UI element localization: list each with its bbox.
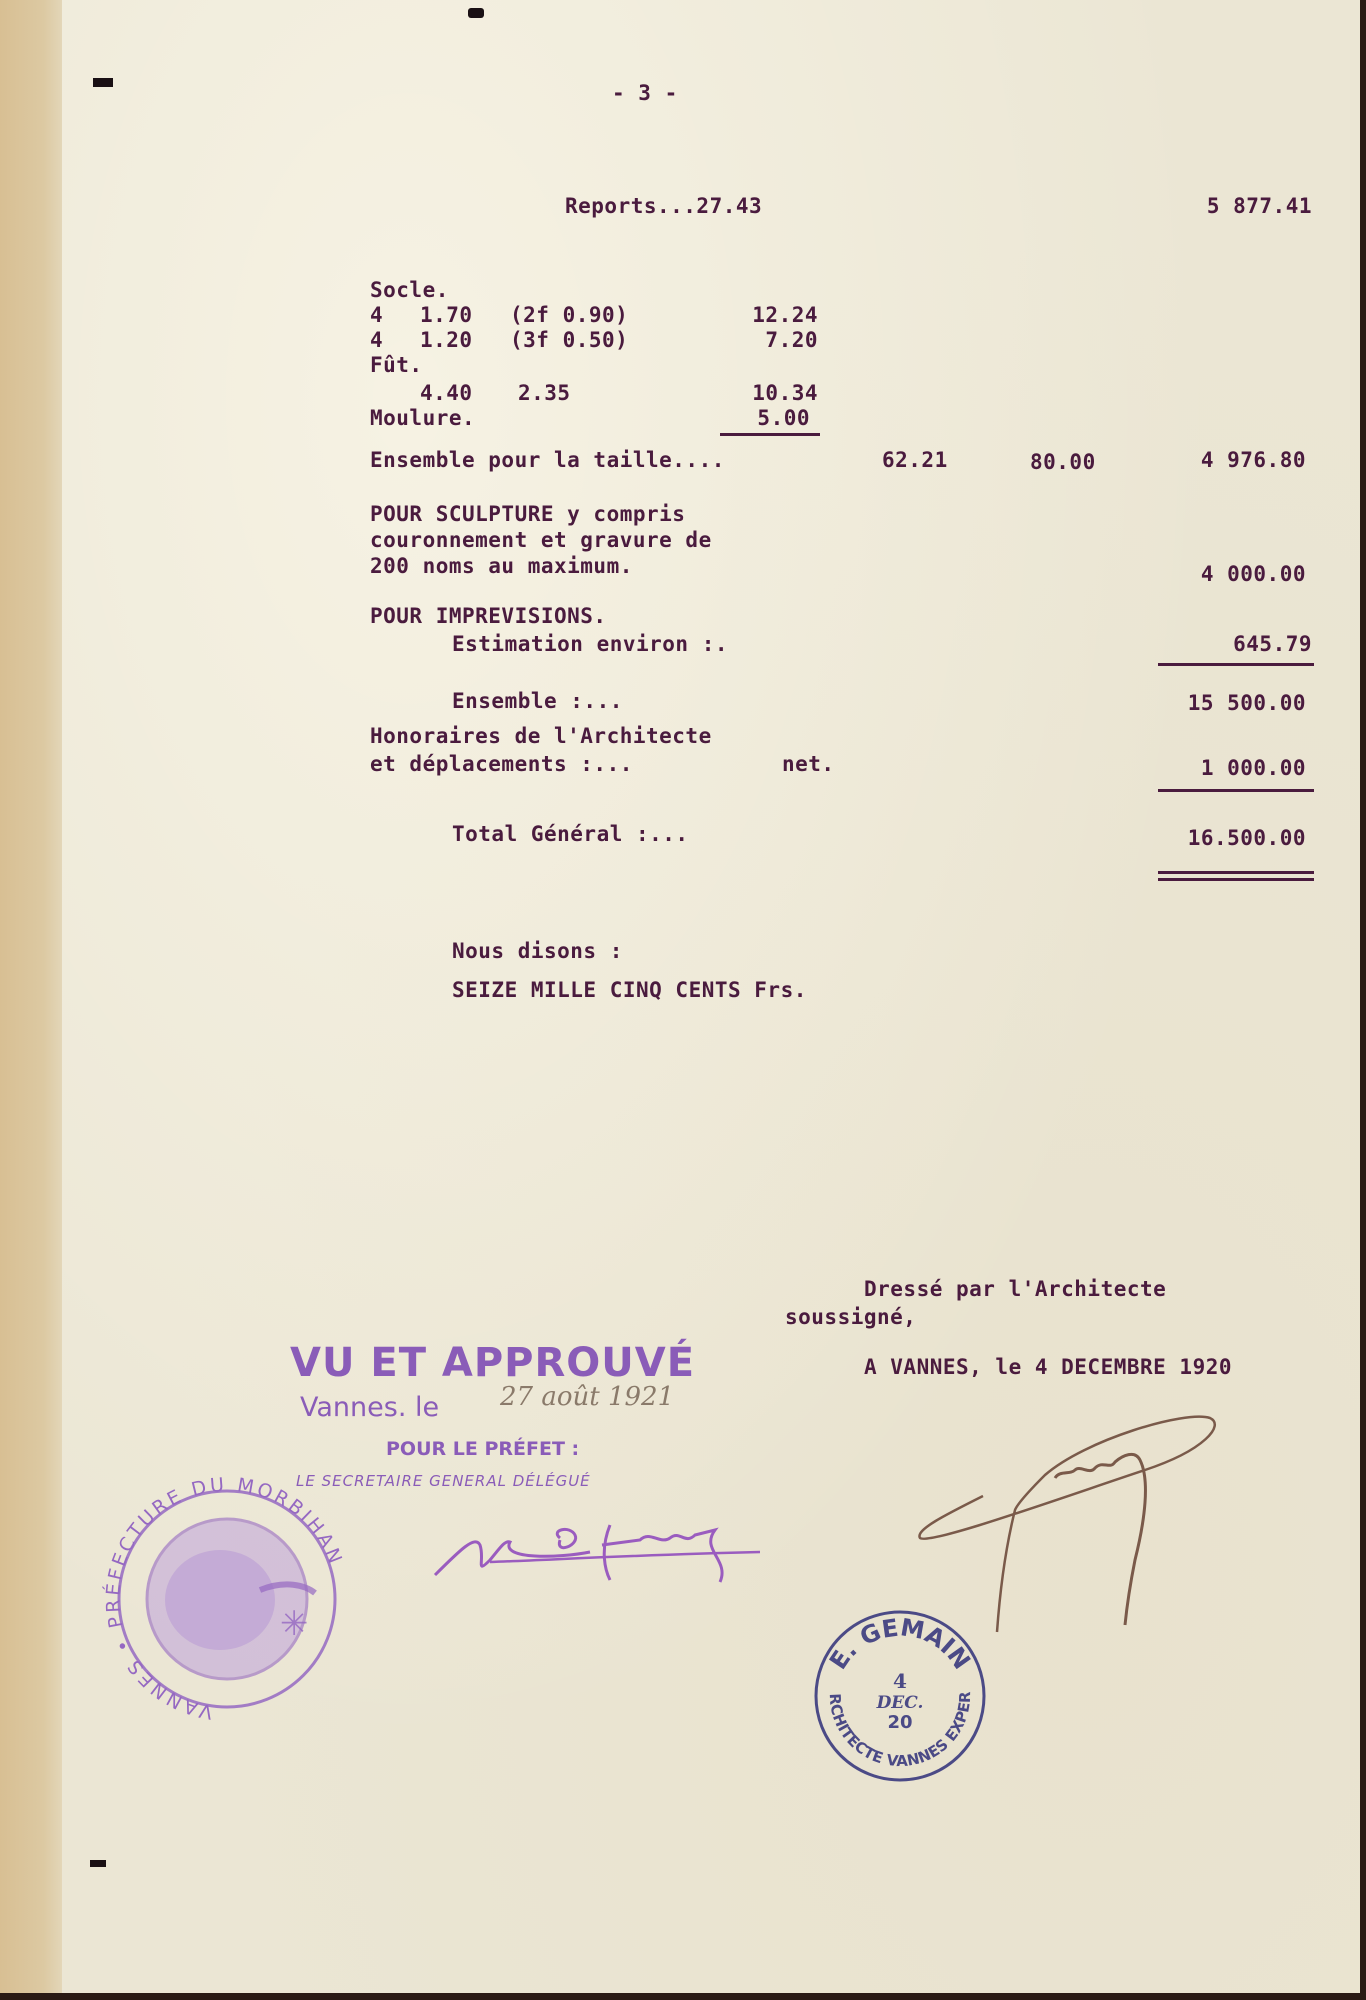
prefect-signature [430,1500,770,1590]
moulure-title: Moulure. [370,405,475,431]
subtotal-rule [720,433,820,436]
paper-left-edge [0,0,62,1993]
sculpture-line-3: 200 noms au maximum. [370,553,633,579]
binding-mark-top [93,78,113,87]
socle-title: Socle. [370,277,449,303]
approval-stamp-place: Vannes. le [300,1392,439,1423]
honoraires-line-2: et déplacements :... [370,751,633,777]
sculpture-line-1: POUR SCULPTURE y compris [370,501,685,527]
svg-text:4: 4 [893,1669,907,1693]
amount-words-text: SEIZE MILLE CINQ CENTS Frs. [452,977,807,1003]
socle-row-2-value: 7.20 [700,327,818,353]
architect-signature [900,1400,1240,1640]
page-number: - 3 - [612,80,678,106]
ensemble-taille-quantity: 62.21 [882,447,948,473]
architect-stamp: E. GEMAIN ARCHITECTE VANNES EXPERT 4 DEC… [812,1608,988,1784]
double-rule-bottom [1158,878,1314,881]
honoraires-net-label: net. [782,751,835,777]
total-general-value: 16.500.00 [1140,825,1306,851]
carried-forward-label: Reports...27.43 [565,193,762,219]
fut-value: 10.34 [700,380,818,406]
socle-row-2-detail: (3f 0.50) [510,327,628,353]
binding-mark-bottom [90,1860,106,1867]
ensemble-taille-label: Ensemble pour la taille.... [370,447,725,473]
sculpture-line-2: couronnement et gravure de [370,527,712,553]
approval-stamp-title: VU ET APPROUVÉ [290,1340,695,1386]
scan-border-bottom [0,1993,1366,2000]
svg-text:E. GEMAIN: E. GEMAIN [824,1613,976,1674]
imprevisions-label: Estimation environ :. [452,631,728,657]
socle-row-1-qty: 4 [370,302,383,328]
approval-handwritten-date: 27 août 1921 [500,1382,674,1412]
fut-title: Fût. [370,352,423,378]
fut-a: 4.40 [420,380,473,406]
double-rule-top [1158,871,1314,874]
amount-words-intro: Nous disons : [452,938,623,964]
imprevisions-title: POUR IMPREVISIONS. [370,603,607,629]
scan-border-right [1360,0,1366,2000]
socle-row-2-qty: 4 [370,327,383,353]
ensemble-taille-total: 4 976.80 [1140,447,1306,473]
section-rule-2 [1158,789,1314,792]
svg-text:20: 20 [887,1712,912,1733]
ensemble-taille-unit-price: 80.00 [1030,449,1096,475]
socle-row-1-value: 12.24 [700,302,818,328]
architect-line-1: Dressé par l'Architecte [864,1276,1166,1302]
socle-row-1-dim: 1.70 [420,302,473,328]
approval-stamp-line-1: POUR LE PRÉFET : [386,1438,579,1460]
socle-row-2-dim: 1.20 [420,327,473,353]
moulure-value: 5.00 [700,405,810,431]
socle-row-1-detail: (2f 0.90) [510,302,628,328]
honoraires-line-1: Honoraires de l'Architecte [370,723,712,749]
honoraires-total: 1 000.00 [1140,755,1306,781]
svg-text:✳: ✳ [280,1604,309,1644]
total-general-label: Total Général :... [452,821,689,847]
carried-forward-total: 5 877.41 [1140,193,1312,219]
sculpture-total: 4 000.00 [1140,561,1306,587]
fut-b: 2.35 [518,380,571,406]
architect-place-date: A VANNES, le 4 DECEMBRE 1920 [864,1354,1232,1380]
svg-text:DEC.: DEC. [876,1693,924,1713]
prefecture-seal: ✳ VANNES • PRÉFECTURE DU MORBIHAN [105,1475,350,1725]
section-rule-1 [1158,663,1314,666]
architect-line-2: soussigné, [785,1304,916,1330]
ensemble-label: Ensemble :... [452,688,623,714]
binding-mark-top-center [468,8,484,18]
imprevisions-total: 645.79 [1140,631,1312,657]
ensemble-total: 15 500.00 [1140,690,1306,716]
